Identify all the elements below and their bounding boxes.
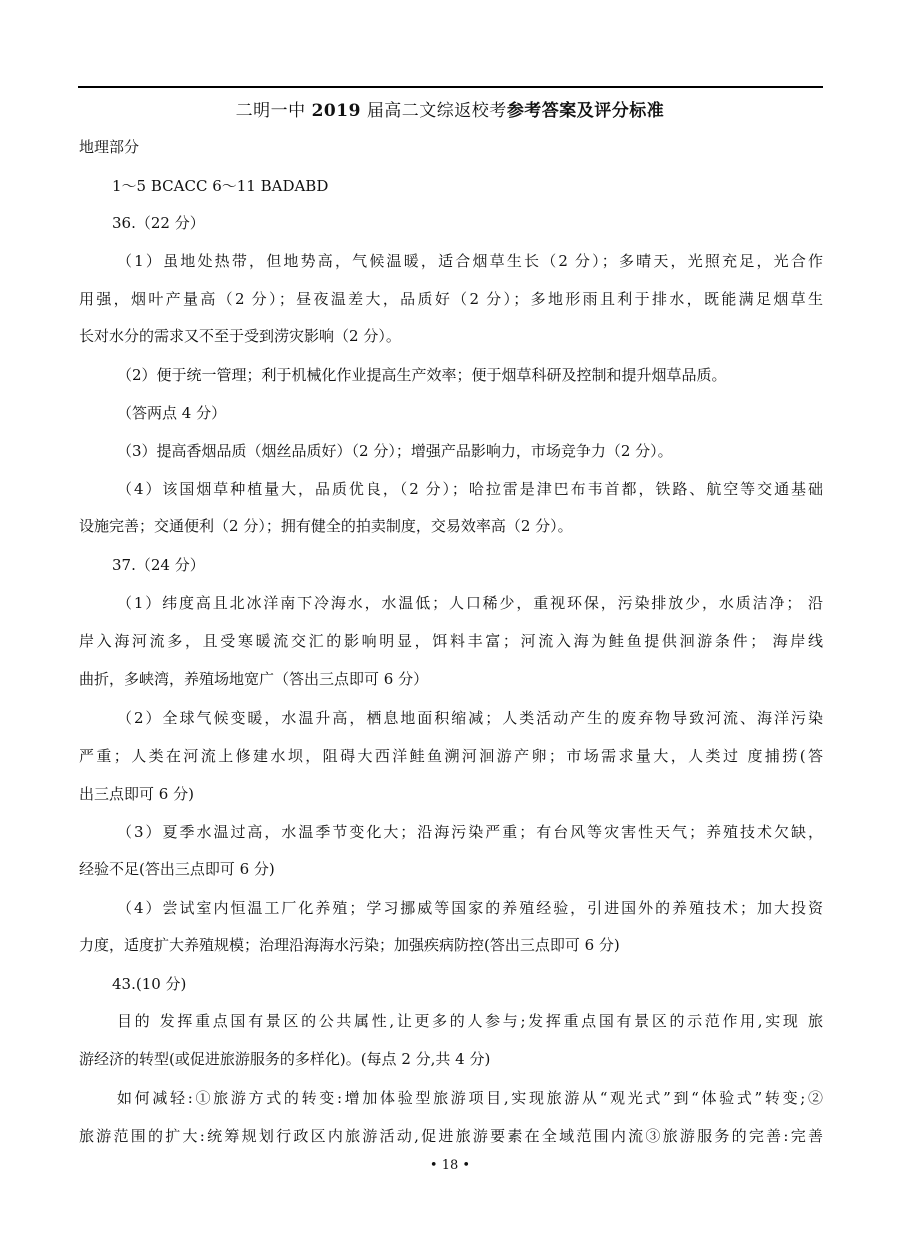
page-title: 二明一中 2019 届高二文综返校考参考答案及评分标准 (0, 96, 900, 121)
q43-p2-line2: 旅游范围的扩大:统筹规划行政区内旅游活动,促进旅游要素在全域范围内流③旅游服务的… (79, 1126, 823, 1146)
section-heading: 地理部分 (79, 137, 823, 157)
q36-p4-line1: （4）该国烟草种植量大，品质优良，（2 分）；哈拉雷是津巴布韦首都，铁路、航空等… (117, 479, 823, 499)
q37-p1-line1: （1）纬度高且北冰洋南下冷海水，水温低；人口稀少，重视环保，污染排放少，水质洁净… (117, 593, 823, 613)
q37-p2-line3: 出三点即可 6 分) (79, 784, 823, 804)
q43-p1-line1: 目的 发挥重点国有景区的公共属性,让更多的人参与;发挥重点国有景区的示范作用,实… (117, 1011, 823, 1031)
title-year: 2019 (312, 101, 361, 121)
choice-answers: 1～5 BCACC 6～11 BADABD (112, 176, 823, 196)
q37-p2-line1: （2）全球气候变暖，水温升高，栖息地面积缩减；人类活动产生的废弃物导致河流、海洋… (117, 708, 823, 728)
q37-p4-line2: 力度，适度扩大养殖规模；治理沿海海水污染；加强疾病防控(答出三点即可 6 分) (79, 935, 823, 955)
q37-p2-line2: 严重；人类在河流上修建水坝，阻碍大西洋鲑鱼溯河洄游产卵；市场需求量大，人类过 度… (79, 746, 823, 766)
q36-p1-line1: （1）虽地处热带，但地势高，气候温暖，适合烟草生长（2 分）；多晴天，光照充足，… (117, 251, 823, 271)
title-prefix: 二明一中 (236, 101, 306, 121)
header-rule (78, 86, 823, 88)
q43-p1-line2: 游经济的转型(或促进旅游服务的多样化)。(每点 2 分,共 4 分) (79, 1049, 823, 1069)
q37-p3-line2: 经验不足(答出三点即可 6 分) (79, 859, 823, 879)
q36-p3-line1: （3）提高香烟品质（烟丝品质好）（2 分）；增强产品影响力，市场竞争力（2 分）… (117, 441, 823, 461)
q43-p2-line1: 如何减轻:①旅游方式的转变:增加体验型旅游项目,实现旅游从“观光式”到“体验式”… (117, 1088, 823, 1108)
q36-p4-line2: 设施完善；交通便利（2 分）；拥有健全的拍卖制度，交易效率高（2 分）。 (79, 516, 823, 536)
q36-p2-line1: （2）便于统一管理；利于机械化作业提高生产效率；便于烟草科研及控制和提升烟草品质… (117, 365, 823, 385)
page-number: • 18 • (0, 1158, 900, 1173)
q36-p1-line2: 用强，烟叶产量高（2 分）；昼夜温差大，品质好（2 分）；多地形雨且利于排水，既… (79, 289, 823, 309)
q36-p1-line3: 长对水分的需求又不至于受到涝灾影响（2 分）。 (79, 326, 823, 346)
title-bold: 参考答案及评分标准 (507, 101, 665, 121)
q37-p1-line3: 曲折，多峡湾，养殖场地宽广（答出三点即可 6 分） (79, 669, 823, 689)
q37-p4-line1: （4）尝试室内恒温工厂化养殖；学习挪威等国家的养殖经验，引进国外的养殖技术；加大… (117, 898, 823, 918)
q43-heading: 43.(10 分) (112, 974, 823, 994)
q37-heading: 37.（24 分） (112, 555, 823, 575)
q36-heading: 36.（22 分） (112, 213, 823, 233)
q36-p2-line2: （答两点 4 分） (117, 403, 823, 423)
q37-p1-line2: 岸入海河流多，且受寒暖流交汇的影响明显，饵料丰富；河流入海为鲑鱼提供洄游条件； … (79, 631, 823, 651)
title-mid: 届高二文综返校考 (367, 101, 507, 121)
q37-p3-line1: （3）夏季水温过高，水温季节变化大；沿海污染严重；有台风等灾害性天气；养殖技术欠… (117, 822, 823, 842)
